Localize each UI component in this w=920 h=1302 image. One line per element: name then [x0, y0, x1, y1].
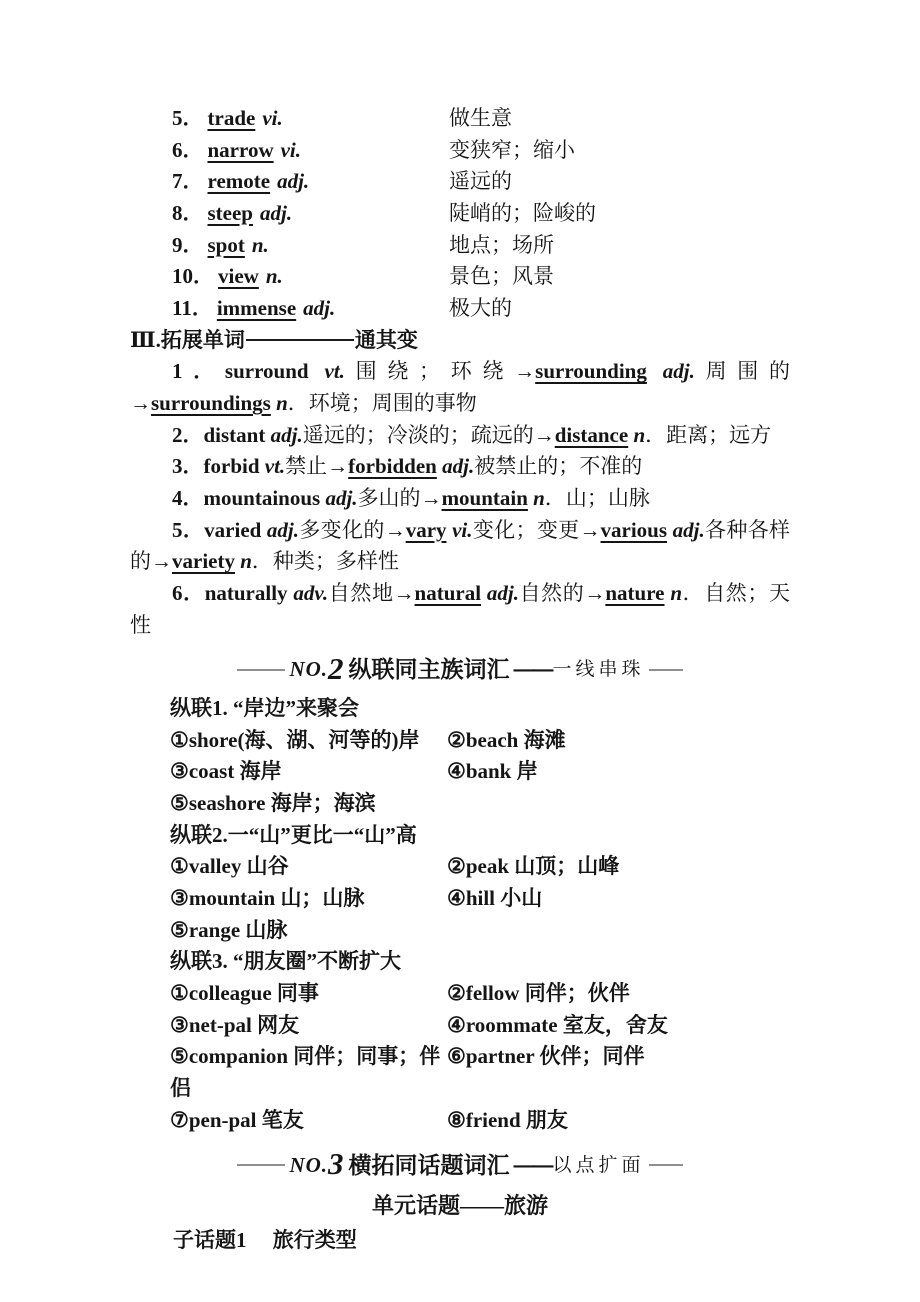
- pos-label: vt.: [325, 359, 345, 383]
- pos-label: n: [235, 549, 252, 573]
- entry-word: colleague: [189, 981, 272, 1005]
- vocab-entry: ①shore(海、湖、河等的)岸: [170, 725, 447, 757]
- group-title: 纵联2.一“山”更比一“山”高: [130, 820, 790, 852]
- entry-word: net-pal: [189, 1013, 252, 1037]
- item-number: 6．: [172, 581, 205, 605]
- entry-word: range: [189, 918, 240, 942]
- word-meaning: 极大的: [449, 293, 512, 325]
- word-list-row: 8．steepadj.陡峭的；险峻的: [130, 198, 790, 230]
- word-list: 5．tradevi.做生意6．narrowvi.变狭窄；缩小7．remotead…: [130, 103, 790, 325]
- item-number: 3．: [172, 454, 204, 478]
- entry-word: pen-pal: [189, 1108, 257, 1132]
- pos-label: adj.: [267, 518, 299, 542]
- vocab-entry: ②peak 山顶；山峰: [447, 851, 790, 883]
- word-pos: n.: [266, 261, 283, 293]
- entry-meaning: 小山: [495, 886, 542, 910]
- arrow-icon: →: [514, 359, 535, 383]
- entry-word: hill: [466, 886, 495, 910]
- chinese-gloss: ．山；山脉: [545, 486, 650, 510]
- chinese-gloss: 遥远的；冷淡的；疏远的: [303, 423, 534, 447]
- vocab-entry: ⑤seashore 海岸；海滨: [170, 788, 447, 820]
- word-entry: 9．spotn.: [172, 230, 449, 262]
- entry-word: shore: [189, 728, 238, 752]
- circled-number: ④: [447, 886, 466, 910]
- pos-label: vt.: [265, 454, 285, 478]
- entry-meaning: 岸: [511, 759, 537, 783]
- arrow-icon: →: [130, 391, 151, 415]
- entry-meaning: 海岸；海滨: [265, 791, 375, 815]
- word-entry: 8．steepadj.: [172, 198, 449, 230]
- pos-label: adj.: [325, 486, 357, 510]
- chinese-gloss: ．环境；周围的事物: [288, 391, 477, 415]
- vocab-entry: ④bank 岸: [447, 756, 790, 788]
- word-entry: 6．narrowvi.: [172, 135, 449, 167]
- word-list-row: 6．narrowvi.变狭窄；缩小: [130, 135, 790, 167]
- vocab-entry: ①colleague 同事: [170, 978, 447, 1010]
- base-word: distant: [204, 423, 271, 447]
- entry-meaning: 山脉: [240, 918, 287, 942]
- word-number: 9．: [172, 230, 204, 262]
- derived-word: natural: [415, 581, 482, 605]
- circled-number: ⑧: [447, 1108, 466, 1132]
- derived-word: vary: [406, 518, 447, 542]
- word-entry: 5．tradevi.: [172, 103, 449, 135]
- vocab-entry: ②fellow 同伴；伙伴: [447, 978, 790, 1010]
- entry-meaning: 山谷: [241, 854, 288, 878]
- page-content: 5．tradevi.做生意6．narrowvi.变狭窄；缩小7．remotead…: [0, 0, 920, 1257]
- chinese-gloss: 变化；变更: [473, 518, 580, 542]
- pos-label: adj.: [437, 454, 474, 478]
- pos-label: adj.: [481, 581, 519, 605]
- chinese-gloss: 多山的: [358, 486, 421, 510]
- item-number: 2．: [172, 423, 204, 447]
- word-entry: 10．viewn.: [172, 261, 449, 293]
- unit-topic: 单元话题——旅游: [130, 1190, 790, 1222]
- vocab-entry: ⑧friend 朋友: [447, 1105, 790, 1137]
- vocab-entry: ⑤companion 同伴；同事；伴侣: [170, 1041, 447, 1104]
- derived-word: surrounding: [535, 359, 647, 383]
- arrow-icon: →: [421, 486, 442, 510]
- arrow-icon: →: [385, 518, 406, 542]
- entry-word: bank: [466, 759, 512, 783]
- word-meaning: 地点；场所: [449, 230, 554, 262]
- no2-section-heading: NO. 2 纵联同主族词汇 —— 一线串珠: [130, 649, 790, 691]
- no3-number: 3: [328, 1148, 344, 1179]
- derivation-item: 5．varied adj.多变化的→vary vi.变化；变更→various …: [130, 515, 790, 578]
- item-number: 1．: [172, 359, 225, 383]
- entry-word: peak: [466, 854, 509, 878]
- vocab-entry: ③mountain 山；山脉: [170, 883, 447, 915]
- chinese-gloss: ．距离；远方: [645, 423, 771, 447]
- vocab-entry: ④hill 小山: [447, 883, 790, 915]
- expand-heading-prefix: Ⅲ.拓展单词: [130, 325, 245, 357]
- entry-meaning: 室友，舍友: [558, 1013, 668, 1037]
- heading-rule-left: [237, 669, 285, 671]
- word-text: view: [218, 261, 259, 293]
- word-number: 11．: [172, 293, 213, 325]
- word-pos: vi.: [262, 103, 282, 135]
- no2-number: 2: [328, 653, 344, 684]
- chinese-gloss: 禁止: [285, 454, 327, 478]
- pos-label: adv.: [293, 581, 328, 605]
- entry-meaning: 山顶；山峰: [509, 854, 619, 878]
- pos-label: adj.: [647, 359, 695, 383]
- word-pos: adj.: [303, 293, 335, 325]
- arrow-icon: →: [580, 518, 601, 542]
- entry-word: valley: [189, 854, 242, 878]
- arrow-icon: →: [584, 581, 605, 605]
- word-list-row: 7．remoteadj.遥远的: [130, 166, 790, 198]
- vocab-entry: ⑥partner 伙伴；同伴: [447, 1041, 790, 1104]
- chinese-gloss: ．种类；多样性: [252, 549, 399, 573]
- circled-number: ①: [170, 981, 189, 1005]
- word-number: 5．: [172, 103, 204, 135]
- entry-meaning: 山；山脉: [275, 886, 364, 910]
- expand-heading-suffix: 通其变: [355, 325, 418, 357]
- expand-words-heading: Ⅲ.拓展单词 通其变: [130, 325, 790, 357]
- pos-label: n: [528, 486, 545, 510]
- circled-number: ③: [170, 1013, 189, 1037]
- base-word: mountainous: [204, 486, 326, 510]
- chinese-gloss: 自然的: [519, 581, 584, 605]
- vocab-entry: ④roommate 室友，舍友: [447, 1010, 790, 1042]
- word-text: remote: [208, 166, 271, 198]
- circled-number: ④: [447, 759, 466, 783]
- sub-topic: 子话题1 旅行类型: [130, 1225, 790, 1257]
- word-meaning: 变狭窄；缩小: [449, 135, 575, 167]
- entry-meaning: 海滩: [518, 728, 565, 752]
- word-list-row: 9．spotn.地点；场所: [130, 230, 790, 262]
- group-title: 纵联1. “岸边”来聚会: [130, 693, 790, 725]
- word-list-row: 11．immenseadj.极大的: [130, 293, 790, 325]
- circled-number: ④: [447, 1013, 466, 1037]
- word-number: 10．: [172, 261, 214, 293]
- no3-section-heading: NO. 3 横拓同话题词汇 —— 以点扩面: [130, 1144, 790, 1186]
- derivation-list: 1．surround vt.围绕；环绕→surrounding adj.周围的→…: [130, 356, 790, 641]
- word-pos: vi.: [281, 135, 301, 167]
- derivation-item: 1．surround vt.围绕；环绕→surrounding adj.周围的→…: [130, 356, 790, 419]
- pos-label: n: [665, 581, 683, 605]
- derived-word: surroundings: [151, 391, 271, 415]
- base-word: varied: [204, 518, 267, 542]
- entry-meaning: 海岸: [234, 759, 281, 783]
- vocab-entry: ③net-pal 网友: [170, 1010, 447, 1042]
- circled-number: ⑤: [170, 791, 189, 815]
- derivation-item: 3．forbid vt.禁止→forbidden adj.被禁止的；不准的: [130, 451, 790, 483]
- vocab-entry: ⑦pen-pal 笔友: [170, 1105, 447, 1137]
- dash-line: [246, 339, 354, 341]
- entry-word: fellow: [466, 981, 520, 1005]
- arrow-icon: →: [534, 423, 555, 447]
- chinese-gloss: 自然地: [328, 581, 393, 605]
- derivation-item: 2．distant adj.遥远的；冷淡的；疏远的→distance n．距离；…: [130, 420, 790, 452]
- circled-number: ③: [170, 886, 189, 910]
- entry-meaning: 同事: [272, 981, 319, 1005]
- group-entries: ①shore(海、湖、河等的)岸②beach 海滩③coast 海岸④bank …: [130, 725, 790, 820]
- pos-label: adj.: [271, 423, 303, 447]
- entry-meaning: (海、湖、河等的)岸: [237, 728, 419, 752]
- word-pos: adj.: [277, 166, 309, 198]
- word-pos: n.: [252, 230, 269, 262]
- word-meaning: 景色；风景: [449, 261, 554, 293]
- circled-number: ⑥: [447, 1044, 466, 1068]
- arrow-icon: →: [151, 549, 172, 573]
- derivation-item: 6．naturally adv.自然地→natural adj.自然的→natu…: [130, 578, 790, 641]
- sub-topic-label: 子话题1: [173, 1228, 247, 1252]
- entry-word: friend: [466, 1108, 521, 1132]
- heading-rule-right: [649, 669, 683, 671]
- vocab-entry: ①valley 山谷: [170, 851, 447, 883]
- no2-label: NO.: [289, 654, 328, 686]
- entry-meaning: 伙伴；同伴: [534, 1044, 644, 1068]
- entry-word: beach: [466, 728, 519, 752]
- entry-meaning: 朋友: [521, 1108, 568, 1132]
- circled-number: ②: [447, 854, 466, 878]
- word-family-groups: 纵联1. “岸边”来聚会①shore(海、湖、河等的)岸②beach 海滩③co…: [130, 693, 790, 1136]
- entry-word: companion: [189, 1044, 288, 1068]
- entry-word: roommate: [466, 1013, 558, 1037]
- circled-number: ②: [447, 981, 466, 1005]
- no2-subtitle: 一线串珠: [553, 654, 645, 686]
- word-text: steep: [208, 198, 254, 230]
- word-entry: 7．remoteadj.: [172, 166, 449, 198]
- sub-topic-title: 旅行类型: [273, 1228, 357, 1252]
- group-title: 纵联3. “朋友圈”不断扩大: [130, 946, 790, 978]
- entry-meaning: 网友: [252, 1013, 299, 1037]
- chinese-gloss: 被禁止的；不准的: [474, 454, 642, 478]
- base-word: naturally: [205, 581, 294, 605]
- arrow-icon: →: [327, 454, 348, 478]
- circled-number: ⑤: [170, 918, 189, 942]
- word-list-row: 10．viewn.景色；风景: [130, 261, 790, 293]
- heading-rule-right: [649, 1164, 683, 1166]
- entry-word: seashore: [189, 791, 266, 815]
- word-text: immense: [217, 293, 296, 325]
- chinese-gloss: 围绕；环绕: [345, 359, 514, 383]
- derived-word: variety: [172, 549, 235, 573]
- entry-word: partner: [466, 1044, 534, 1068]
- derived-word: mountain: [442, 486, 528, 510]
- word-entry: 11．immenseadj.: [172, 293, 449, 325]
- derivation-item: 4．mountainous adj.多山的→mountain n．山；山脉: [130, 483, 790, 515]
- circled-number: ①: [170, 854, 189, 878]
- word-text: narrow: [208, 135, 274, 167]
- item-number: 4．: [172, 486, 204, 510]
- group-entries: ①colleague 同事②fellow 同伴；伙伴③net-pal 网友④ro…: [130, 978, 790, 1136]
- circled-number: ⑤: [170, 1044, 189, 1068]
- circled-number: ①: [170, 728, 189, 752]
- base-word: surround: [225, 359, 325, 383]
- derived-word: nature: [605, 581, 664, 605]
- derived-word: distance: [555, 423, 629, 447]
- entry-word: mountain: [189, 886, 275, 910]
- word-meaning: 做生意: [449, 103, 512, 135]
- item-number: 5．: [172, 518, 204, 542]
- pos-label: n: [271, 391, 288, 415]
- vocab-entry: ③coast 海岸: [170, 756, 447, 788]
- no3-label: NO.: [289, 1150, 328, 1182]
- vocab-entry: ⑤range 山脉: [170, 915, 447, 947]
- word-number: 8．: [172, 198, 204, 230]
- base-word: forbid: [204, 454, 265, 478]
- word-number: 6．: [172, 135, 204, 167]
- derived-word: various: [601, 518, 668, 542]
- no3-title: 横拓同话题词汇: [349, 1150, 510, 1182]
- entry-meaning: 笔友: [257, 1108, 304, 1132]
- entry-word: coast: [189, 759, 235, 783]
- pos-label: vi.: [447, 518, 473, 542]
- vocab-entry: ②beach 海滩: [447, 725, 790, 757]
- group-entries: ①valley 山谷②peak 山顶；山峰③mountain 山；山脉④hill…: [130, 851, 790, 946]
- document-page: 5．tradevi.做生意6．narrowvi.变狭窄；缩小7．remotead…: [0, 0, 920, 1302]
- arrow-icon: →: [394, 581, 415, 605]
- word-meaning: 陡峭的；险峻的: [449, 198, 596, 230]
- entry-meaning: 同伴；伙伴: [519, 981, 629, 1005]
- no2-title: 纵联同主族词汇: [349, 654, 510, 686]
- heading-rule-left: [237, 1164, 285, 1166]
- word-text: trade: [208, 103, 256, 135]
- word-text: spot: [208, 230, 245, 262]
- chinese-gloss: 多变化的: [299, 518, 385, 542]
- chinese-gloss: 周围的: [695, 359, 790, 383]
- no3-subtitle: 以点扩面: [553, 1150, 645, 1182]
- word-meaning: 遥远的: [449, 166, 512, 198]
- no3-dash: ——: [514, 1150, 552, 1182]
- circled-number: ⑦: [170, 1108, 189, 1132]
- circled-number: ②: [447, 728, 466, 752]
- word-pos: adj.: [260, 198, 292, 230]
- no2-dash: ——: [514, 654, 552, 686]
- word-list-row: 5．tradevi.做生意: [130, 103, 790, 135]
- derived-word: forbidden: [348, 454, 437, 478]
- pos-label: adj.: [667, 518, 705, 542]
- circled-number: ③: [170, 759, 189, 783]
- pos-label: n: [628, 423, 645, 447]
- word-number: 7．: [172, 166, 204, 198]
